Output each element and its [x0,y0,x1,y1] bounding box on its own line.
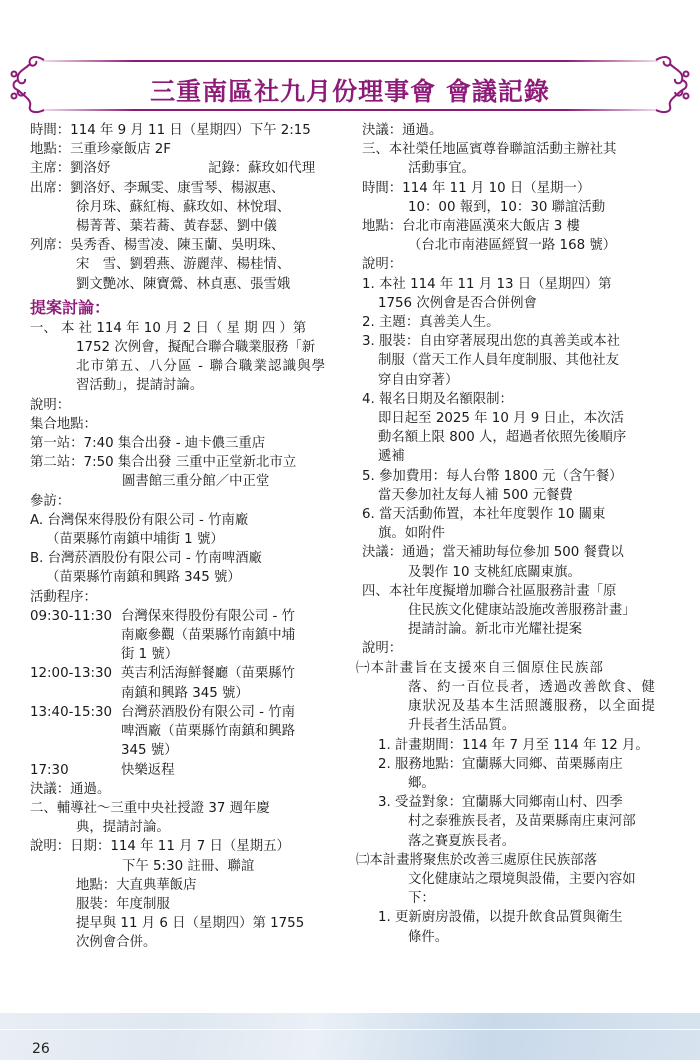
proposal-1-line: 習活動」，提請討論。 [30,376,342,395]
proposal-2-line: 典，提請討論。 [30,818,342,837]
part-1-item: 2. 服務地點：宜蘭縣大同鄉、苗栗縣南庄 [362,755,680,774]
proposal-2-explain: 提早與 11 月 6 日（星期四）第 1755 [30,914,342,933]
proposal-4-line: 四、本社年度擬增加聯合社區服務計畫「原 [362,582,680,601]
item-4-cont: 即日起至 2025 年 10 月 9 日止，本次活 [362,409,680,428]
right-scroll-ornament-icon [654,52,694,118]
schedule-row: 17:30 快樂返程 [30,761,342,780]
explain-label-2: 說明： [362,639,680,658]
stop-2: 第二站：7:50 集合出發 三重中正堂新北市立 [30,453,342,472]
schedule-time: 12:00-13:30 [30,664,121,702]
visit-b-address: （苗栗縣竹南鎮和興路 345 號） [30,568,342,587]
proposal-3-line: 活動事宜。 [362,159,680,178]
proposal-3-line: 三、本社榮任地區賓尊眷聯誼活動主辦社其 [362,140,680,159]
proposal-2-explain: 服裝：年度制服 [30,895,342,914]
item-5-cont: 當天參加社友每人補 500 元餐費 [362,486,680,505]
item-2: 2. 主題：真善美人生。 [362,313,680,332]
part-1-line: 康狀況及基本生活照護服務，以全面提 [362,697,680,716]
schedule-desc: 啤酒廠（苗栗縣竹南鎮和興路 [121,722,342,741]
part-1-line: 升長者生活品質。 [362,716,680,735]
proposal-2-explain: 次例會合併。 [30,933,342,952]
title-rule-bottom [42,109,658,111]
part-1-item-cont: 鄉。 [362,774,680,793]
part-2-line: 下： [362,889,680,908]
section-heading-proposals: 提案討論： [30,297,342,319]
schedule-desc: 台灣菸酒股份有限公司 - 竹南 [121,703,342,722]
proposal-2-explain: 下午 5:30 註冊、聯誼 [30,857,342,876]
proposal-1-line: 北市第五、八分區 - 聯合職業認識與學 [30,357,342,376]
item-4-cont: 遞補 [362,447,680,466]
stop-2-cont: 圖書館三重分館／中正堂 [30,472,342,491]
observers-line: 列席：吳秀香、楊雪凌、陳玉蘭、吳明珠、 [30,236,342,255]
schedule-desc: 快樂返程 [121,761,342,780]
chair-recorder-row: 主席：劉洛妤 記錄：蘇玫如代理 [30,159,342,178]
schedule-desc: 英吉利活海鮮餐廳（苗栗縣竹 [121,664,342,683]
schedule-desc: 台灣保來得股份有限公司 - 竹 [121,607,342,626]
item-3-cont: 穿自由穿著） [362,371,680,390]
part-1-item-cont: 落之賽夏族長者。 [362,832,680,851]
schedule-time: 13:40-15:30 [30,703,121,761]
item-6-cont: 旗。如附件 [362,524,680,543]
item-4: 4. 報名日期及名額限制： [362,390,680,409]
part-2-line: 文化健康站之環境與設備，主要內容如 [362,870,680,889]
part-1-item-cont: 村之泰雅族長者，及苗栗縣南庄東河部 [362,812,680,831]
schedule-desc: 街 1 號） [121,645,342,664]
visit-a: A. 台灣保來得股份有限公司 - 竹南廠 [30,511,342,530]
part-1-item: 3. 受益對象：宜蘭縣大同鄉南山村、四季 [362,793,680,812]
proposal-2-explain: 說明：日期：114 年 11 月 7 日（星期五） [30,837,342,856]
proposal-4-line: 提請討論。新北市光耀社提案 [362,620,680,639]
explain-label: 說明： [362,255,680,274]
meeting-place: 地點：三重珍豪飯店 2F [30,140,342,159]
schedule-time: 09:30-11:30 [30,607,121,665]
schedule-desc: 南廠參觀（苗栗縣竹南鎮中埔 [121,626,342,645]
resolution-3-cont: 及製作 10 支桃紅底關東旗。 [362,563,680,582]
event-place: 地點：台北市南港區漢來大飯店 3 樓 [362,217,680,236]
part-1-item: 1. 計畫期間：114 年 7 月至 114 年 12 月。 [362,736,680,755]
part-2-item: 1. 更新廚房設備，以提升飲食品質與衛生 [362,908,680,927]
schedule-label: 活動程序： [30,588,342,607]
item-6: 6. 當天活動佈置，本社年度製作 10 關東 [362,505,680,524]
item-4-cont: 動名額上限 800 人，超過者依照先後順序 [362,428,680,447]
footer-band: 26 [0,1013,700,1060]
schedule-desc: 345 號） [121,741,342,760]
part-1-line: 落、約一百位長者，透過改善飲食、健 [362,678,680,697]
observers-line: 宋 雪、劉碧燕、游麗萍、楊桂情、 [30,255,342,274]
page-number: 26 [32,1041,50,1057]
item-5: 5. 參加費用：每人台幣 1800 元（含午餐） [362,467,680,486]
left-column: 時間：114 年 9 月 11 日（星期四）下午 2:15 地點：三重珍豪飯店 … [30,121,342,953]
item-3-cont: 制服（當天工作人員年度制服、其他社友 [362,351,680,370]
chair: 主席：劉洛妤 [30,159,208,178]
recorder: 記錄：蘇玫如代理 [208,159,315,178]
stop-1: 第一站：7:40 集合出發 - 迪卡儂三重店 [30,434,342,453]
attendance-line: 楊菁菁、葉若蕎、黃春瑟、劉中儀 [30,217,342,236]
right-column: 決議：通過。 三、本社榮任地區賓尊眷聯誼活動主辦社其 活動事宜。 時間：114 … [362,121,680,947]
schedule-time: 17:30 [30,761,121,780]
event-place-cont: （台北市南港區經貿一路 168 號） [362,236,680,255]
item-1: 1. 本社 114 年 11 月 13 日（星期四）第 [362,275,680,294]
proposal-2-explain: 地點：大直典華飯店 [30,876,342,895]
visit-a-address: （苗栗縣竹南鎮中埔街 1 號） [30,530,342,549]
observers-line: 劉文艷冰、陳寶鶯、林貞惠、張雪娥 [30,275,342,294]
resolution-3: 決議：通過；當天補助每位參加 500 餐費以 [362,543,680,562]
event-time: 時間：114 年 11 月 10 日（星期一） [362,179,680,198]
footer-rule [0,1029,700,1030]
proposal-1-line: 1752 次例會，擬配合聯合職業服務「新 [30,338,342,357]
schedule-desc: 南鎮和興路 345 號） [121,684,342,703]
part-2-item-cont: 條件。 [362,928,680,947]
item-3: 3. 服裝：自由穿著展現出您的真善美或本社 [362,332,680,351]
schedule-row: 09:30-11:30 台灣保來得股份有限公司 - 竹 南廠參觀（苗栗縣竹南鎮中… [30,607,342,665]
meeting-time: 時間：114 年 9 月 11 日（星期四）下午 2:15 [30,121,342,140]
proposal-2-line: 二、輔導社～三重中央社授證 37 週年慶 [30,799,342,818]
gather-label: 集合地點： [30,415,342,434]
visit-b: B. 台灣菸酒股份有限公司 - 竹南啤酒廠 [30,549,342,568]
visit-label: 參訪： [30,492,342,511]
page-title: 三重南區社九月份理事會 會議記錄 [0,72,700,108]
part-2-line: ㈡本計畫將聚焦於改善三處原住民族部落 [356,851,680,870]
part-1-line: ㈠本計畫旨在支援來自三個原住民族部 [356,659,680,678]
explain-label: 說明： [30,396,342,415]
event-time-cont: 10：00 報到，10：30 聯誼活動 [362,198,680,217]
title-rule-top [42,60,658,62]
proposal-4-line: 住民族文化健康站設施改善服務計畫」 [362,601,680,620]
item-1-cont: 1756 次例會是否合併例會 [362,294,680,313]
resolution-2: 決議：通過。 [362,121,680,140]
schedule-row: 13:40-15:30 台灣菸酒股份有限公司 - 竹南 啤酒廠（苗栗縣竹南鎮和興… [30,703,342,761]
attendance-line: 出席：劉洛妤、李珮雯、康雪琴、楊淑惠、 [30,179,342,198]
resolution-1: 決議：通過。 [30,780,342,799]
attendance-line: 徐月珠、蘇紅梅、蘇玫如、林悅瑁、 [30,198,342,217]
schedule-row: 12:00-13:30 英吉利活海鮮餐廳（苗栗縣竹 南鎮和興路 345 號） [30,664,342,702]
proposal-1-line: 一、 本 社 114 年 10 月 2 日（ 星 期 四 ）第 [30,319,342,338]
